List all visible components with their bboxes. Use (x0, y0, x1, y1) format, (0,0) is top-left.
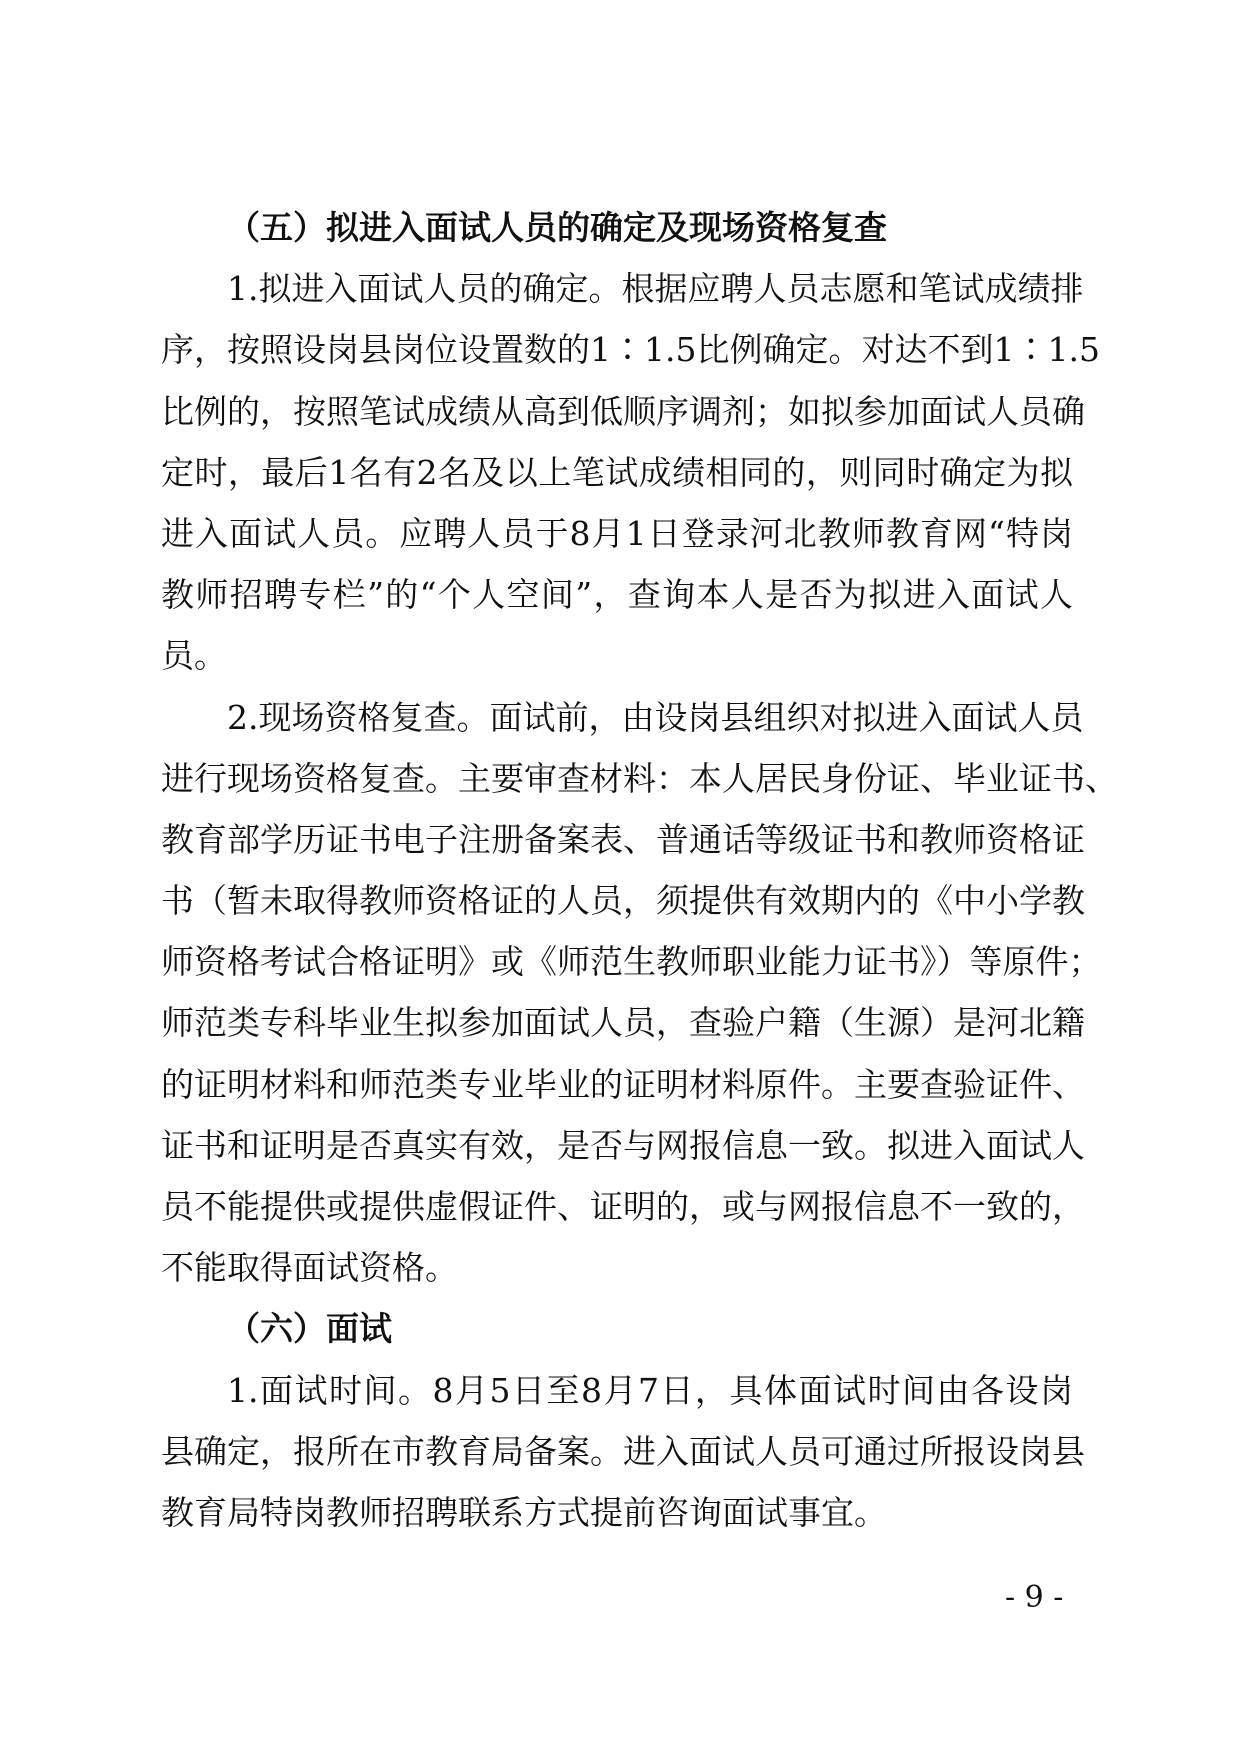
paragraph-line: 的证明材料和师范类专业毕业的证明材料原件。主要查验证件、 (161, 1054, 1073, 1115)
document-page: （五）拟进入面试人员的确定及现场资格复查 1.拟进入面试人员的确定。根据应聘人员… (0, 0, 1241, 1755)
paragraph-line: 书（暂未取得教师资格证的人员，须提供有效期内的《中小学教 (161, 870, 1073, 931)
paragraph-line: 员不能提供或提供虚假证件、证明的，或与网报信息不一致的， (161, 1176, 1073, 1237)
paragraph-line: 1.面试时间。8月5日至8月7日，具体面试时间由各设岗 (161, 1360, 1073, 1421)
paragraph-line: 比例的，按照笔试成绩从高到低顺序调剂；如拟参加面试人员确 (161, 381, 1073, 442)
paragraph-line: 不能取得面试资格。 (161, 1237, 1073, 1298)
paragraph-line: 教育局特岗教师招聘联系方式提前咨询面试事宜。 (161, 1482, 1073, 1543)
paragraph-line: 县确定，报所在市教育局备案。进入面试人员可通过所报设岗县 (161, 1421, 1073, 1482)
paragraph-line: 定时，最后1名有2名及以上笔试成绩相同的，则同时确定为拟 (161, 442, 1073, 503)
section-heading-5: （五）拟进入面试人员的确定及现场资格复查 (161, 197, 1073, 258)
paragraph-line: 序，按照设岗县岗位设置数的1∶1.5比例确定。对达不到1∶1.5 (161, 319, 1073, 380)
section-heading-6: （六）面试 (161, 1298, 1073, 1359)
paragraph-line: 进入面试人员。应聘人员于8月1日登录河北教师教育网“特岗 (161, 503, 1073, 564)
paragraph-line: 员。 (161, 625, 1073, 686)
paragraph-line: 教师招聘专栏”的“个人空间”，查询本人是否为拟进入面试人 (161, 564, 1073, 625)
paragraph-line: 师范类专科毕业生拟参加面试人员，查验户籍（生源）是河北籍 (161, 992, 1073, 1053)
paragraph-line: 证书和证明是否真实有效，是否与网报信息一致。拟进入面试人 (161, 1115, 1073, 1176)
paragraph-line: 1.拟进入面试人员的确定。根据应聘人员志愿和笔试成绩排 (161, 258, 1073, 319)
document-body: （五）拟进入面试人员的确定及现场资格复查 1.拟进入面试人员的确定。根据应聘人员… (161, 197, 1073, 1543)
paragraph-line: 教育部学历证书电子注册备案表、普通话等级证书和教师资格证 (161, 809, 1073, 870)
paragraph-line: 师资格考试合格证明》或《师范生教师职业能力证书》）等原件； (161, 931, 1073, 992)
paragraph-line: 2.现场资格复查。面试前，由设岗县组织对拟进入面试人员 (161, 687, 1073, 748)
paragraph-line: 进行现场资格复查。主要审查材料：本人居民身份证、毕业证书、 (161, 748, 1073, 809)
page-number: - 9 - (1005, 1580, 1063, 1615)
